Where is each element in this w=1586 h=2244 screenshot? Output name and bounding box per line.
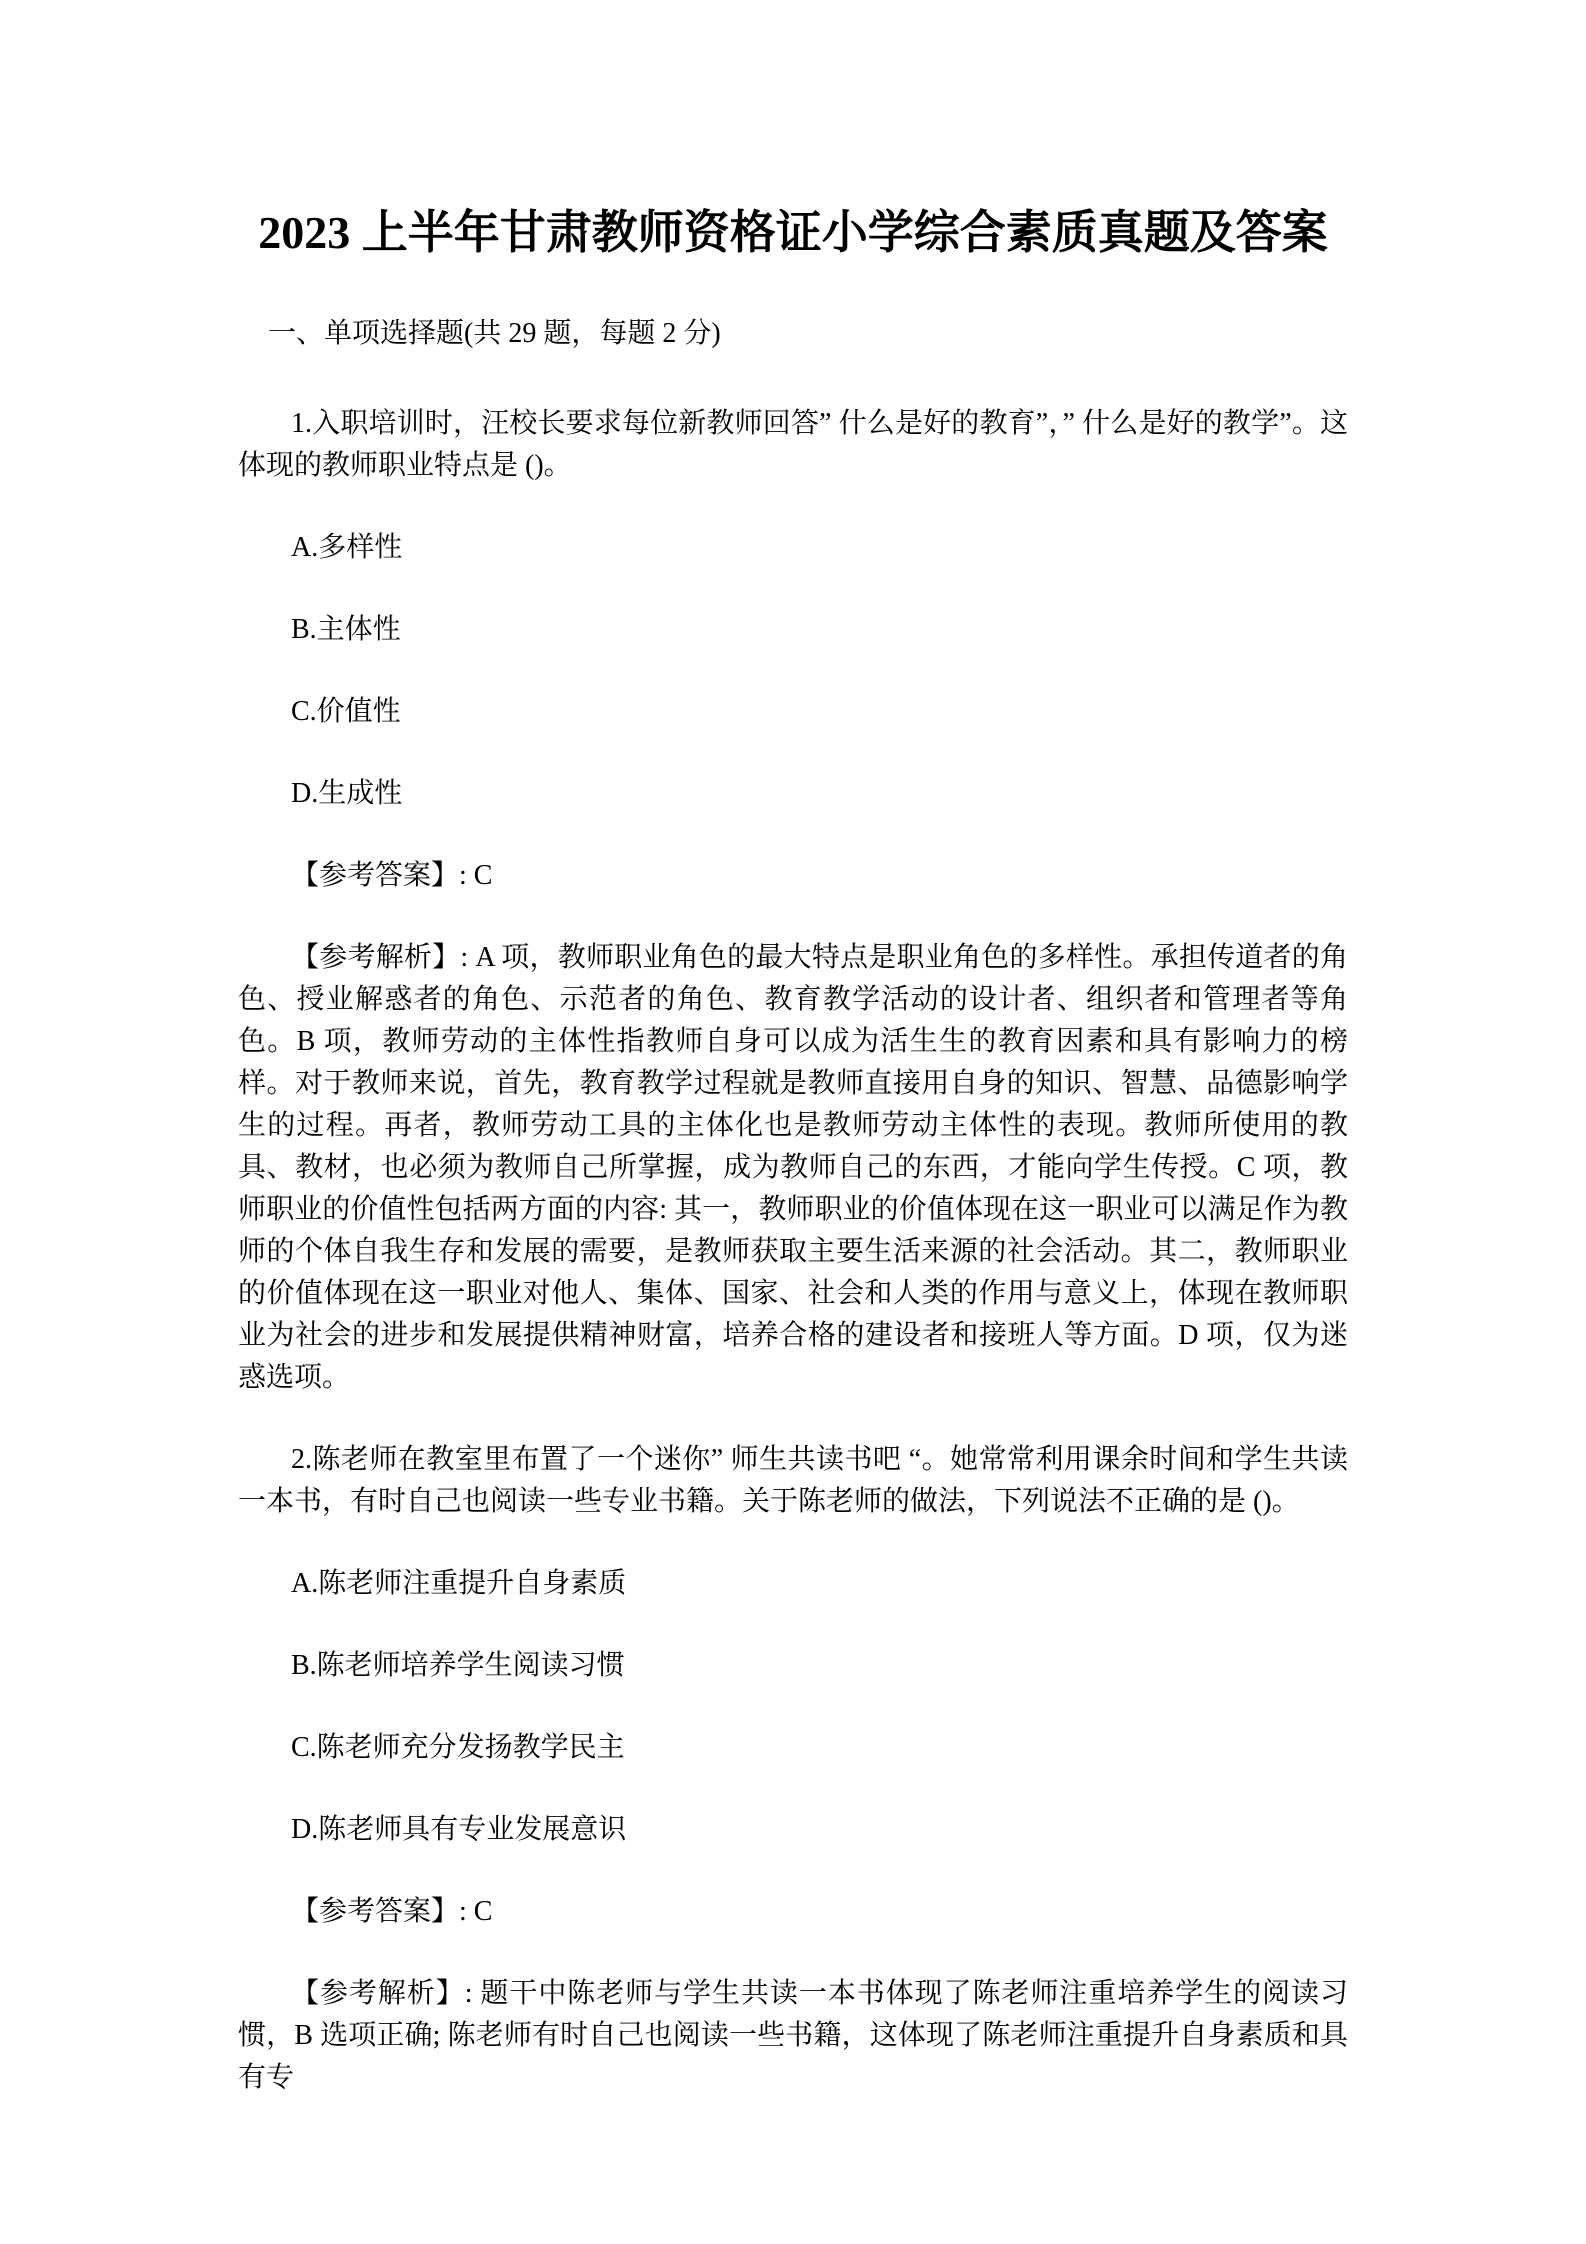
document-page: 2023 上半年甘肃教师资格证小学综合素质真题及答案 一、单项选择题(共 29 … — [238, 0, 1348, 2099]
question-1-stem: 1.入职培训时，汪校长要求每位新教师回答” 什么是好的教育”，” 什么是好的教学… — [238, 403, 1348, 487]
question-1-option-b: B.主体性 — [238, 609, 1348, 651]
section-heading: 一、单项选择题(共 29 题，每题 2 分) — [238, 313, 1348, 355]
doc-title: 2023 上半年甘肃教师资格证小学综合素质真题及答案 — [238, 203, 1348, 263]
question-1-reference-answer: 【参考答案】: C — [238, 855, 1348, 897]
question-2-option-d: D.陈老师具有专业发展意识 — [238, 1809, 1348, 1851]
question-1-option-d: D.生成性 — [238, 773, 1348, 815]
question-2-reference-analysis: 【参考解析】: 题干中陈老师与学生共读一本书体现了陈老师注重培养学生的阅读习惯，… — [238, 1973, 1348, 2099]
question-2-option-a: A.陈老师注重提升自身素质 — [238, 1563, 1348, 1605]
question-1-option-c: C.价值性 — [238, 691, 1348, 733]
question-2-stem: 2.陈老师在教室里布置了一个迷你” 师生共读书吧 “。她常常利用课余时间和学生共… — [238, 1439, 1348, 1523]
question-2-reference-answer: 【参考答案】: C — [238, 1891, 1348, 1933]
question-1-reference-analysis: 【参考解析】: A 项，教师职业角色的最大特点是职业角色的多样性。承担传道者的角… — [238, 937, 1348, 1399]
question-2-option-b: B.陈老师培养学生阅读习惯 — [238, 1645, 1348, 1687]
question-2-option-c: C.陈老师充分发扬教学民主 — [238, 1727, 1348, 1769]
question-1-option-a: A.多样性 — [238, 527, 1348, 569]
